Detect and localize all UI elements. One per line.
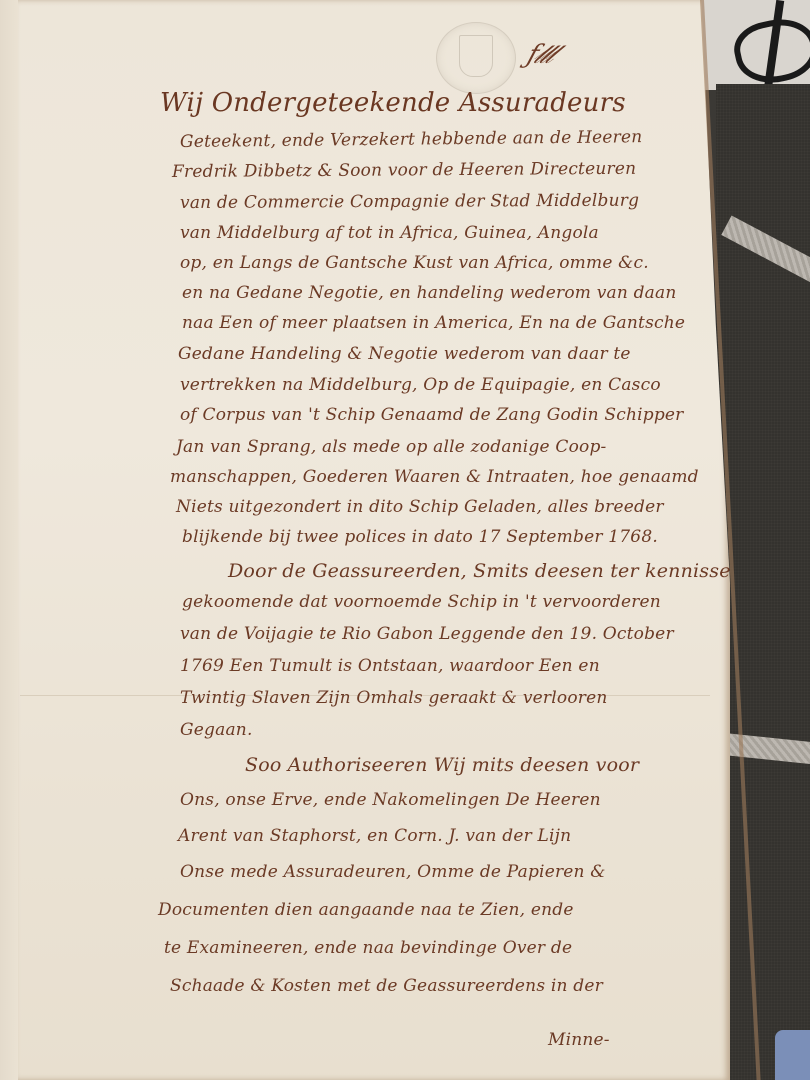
text-line: Twintig Slaven Zijn Omhals geraakt & ver… [180, 688, 608, 708]
text-line: Fredrik Dibbetz & Soon voor de Heeren Di… [172, 159, 636, 182]
text-line: Gegaan. [180, 720, 253, 740]
text-line: Documenten dien aangaande naa te Zien, e… [158, 900, 574, 920]
text-line: Schaade & Kosten met de Geassureerdens i… [170, 976, 603, 996]
paragraph-start: Door de Geassureerden, Smits deesen ter … [228, 560, 731, 582]
text-line: gekoomende dat voornoemde Schip in 't ve… [182, 592, 661, 612]
heading: Wij Ondergeteekende Assuradeurs [160, 88, 626, 118]
text-line: manschappen, Goederen Waaren & Intraaten… [170, 467, 699, 487]
text-line: op, en Langs de Gantsche Kust van Africa… [180, 253, 649, 273]
text-line: en na Gedane Negotie, en handeling weder… [182, 283, 677, 303]
catchword: Minne- [548, 1030, 610, 1050]
text-line: te Examineeren, ende naa bevindinge Over… [164, 938, 572, 958]
text-line: van de Commercie Compagnie der Stad Midd… [180, 191, 639, 213]
text-line: Gedane Handeling & Negotie wederom van d… [178, 344, 631, 364]
text-line: Onse mede Assuradeuren, Omme de Papieren… [180, 862, 606, 882]
text-line: Geteekent, ende Verzekert hebbende aan d… [180, 127, 643, 152]
text-line: van de Voijagie te Rio Gabon Leggende de… [180, 624, 674, 644]
text-line: Arent van Staphorst, en Corn. J. van der… [178, 826, 571, 846]
text-line: Jan van Sprang, als mede op alle zodanig… [176, 437, 607, 457]
text-line: naa Een of meer plaatsen in America, En … [182, 313, 685, 333]
text-line: blijkende bij twee polices in dato 17 Se… [182, 527, 658, 547]
manuscript-text: Wij Ondergeteekende Assuradeurs Geteeken… [0, 0, 810, 1080]
text-line: Ons, onse Erve, ende Nakomelingen De Hee… [180, 790, 601, 810]
text-line: of Corpus van 't Schip Genaamd de Zang G… [180, 405, 683, 425]
text-line: Niets uitgezondert in dito Schip Geladen… [176, 497, 664, 517]
paragraph-start: Soo Authoriseeren Wij mits deesen voor [245, 754, 639, 776]
text-line: vertrekken na Middelburg, Op de Equipagi… [180, 375, 661, 395]
text-line: van Middelburg af tot in Africa, Guinea,… [180, 223, 599, 243]
text-line: 1769 Een Tumult is Ontstaan, waardoor Ee… [180, 656, 600, 676]
